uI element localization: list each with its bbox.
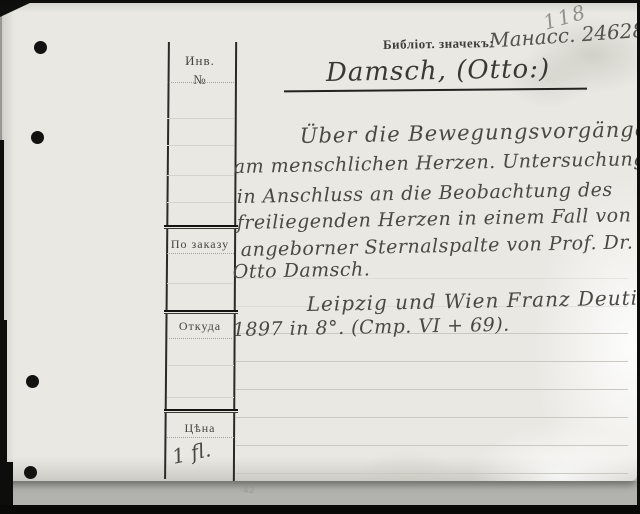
faint-pencil-mark: 42 bbox=[243, 486, 254, 496]
column-faint-line bbox=[167, 365, 234, 366]
scanned-catalog-card: Инв. № По заказу Откуда Цѣна 1 fl. 118 Б… bbox=[0, 0, 640, 514]
column-faint-line bbox=[167, 175, 234, 176]
column-dotted-line bbox=[167, 338, 234, 339]
section-divider bbox=[164, 310, 238, 314]
body-line: Otto Damsch. bbox=[233, 258, 371, 283]
column-faint-line bbox=[167, 145, 234, 146]
scan-edge-top bbox=[0, 0, 640, 3]
library-stamp-label: Библіот. значекъ: bbox=[383, 35, 494, 53]
body-line: freiliegenden Herzen in einem Fall von bbox=[237, 204, 632, 234]
punch-hole bbox=[34, 41, 47, 54]
column-faint-line bbox=[167, 118, 234, 119]
body-line: 1897 in 8°. (Стр. VI + 69). bbox=[233, 314, 510, 341]
inventory-label-line1: Инв. bbox=[164, 52, 236, 71]
body-line: Über die Bewegungsvorgänge bbox=[300, 117, 640, 148]
price-value-handwritten: 1 fl. bbox=[170, 437, 213, 469]
catalog-card-paper: Инв. № По заказу Откуда Цѣна 1 fl. 118 Б… bbox=[2, 3, 637, 481]
punch-hole bbox=[24, 466, 37, 479]
writing-rule-line bbox=[236, 445, 628, 446]
card-heading-author: Damsch, (Otto:) bbox=[326, 54, 551, 88]
body-line: am menschlichen Herzen. Untersuchungen bbox=[234, 148, 640, 178]
scan-corner-wedge bbox=[0, 2, 32, 17]
inventory-label-line2: № bbox=[164, 71, 236, 90]
column-faint-line bbox=[167, 202, 234, 203]
body-line: angeborner Sternalspalte von Prof. Dr. m… bbox=[241, 230, 640, 261]
section-divider bbox=[164, 409, 238, 413]
order-label: По заказу bbox=[164, 236, 236, 253]
column-faint-line bbox=[167, 283, 234, 284]
writing-rule-line bbox=[236, 361, 628, 362]
column-left-rule bbox=[164, 42, 170, 479]
writing-rule-line bbox=[236, 473, 628, 474]
library-stamp-value: Манасс. 24628. bbox=[488, 17, 640, 52]
body-line: Leipzig und Wien Franz Deuticke bbox=[307, 285, 640, 316]
price-label: Цѣна bbox=[164, 420, 236, 437]
writing-rule-line bbox=[236, 389, 628, 390]
scan-edge-bottom bbox=[0, 505, 640, 514]
column-faint-line bbox=[167, 397, 234, 398]
origin-label: Откуда bbox=[164, 318, 236, 335]
inventory-number-label: Инв. № bbox=[164, 52, 236, 90]
body-line: in Anschluss an die Beobachtung des bbox=[237, 179, 613, 208]
section-divider bbox=[164, 225, 238, 229]
writing-rule-line bbox=[236, 417, 628, 418]
punch-hole bbox=[26, 375, 39, 388]
heading-underline bbox=[284, 88, 587, 93]
punch-hole bbox=[31, 131, 44, 144]
